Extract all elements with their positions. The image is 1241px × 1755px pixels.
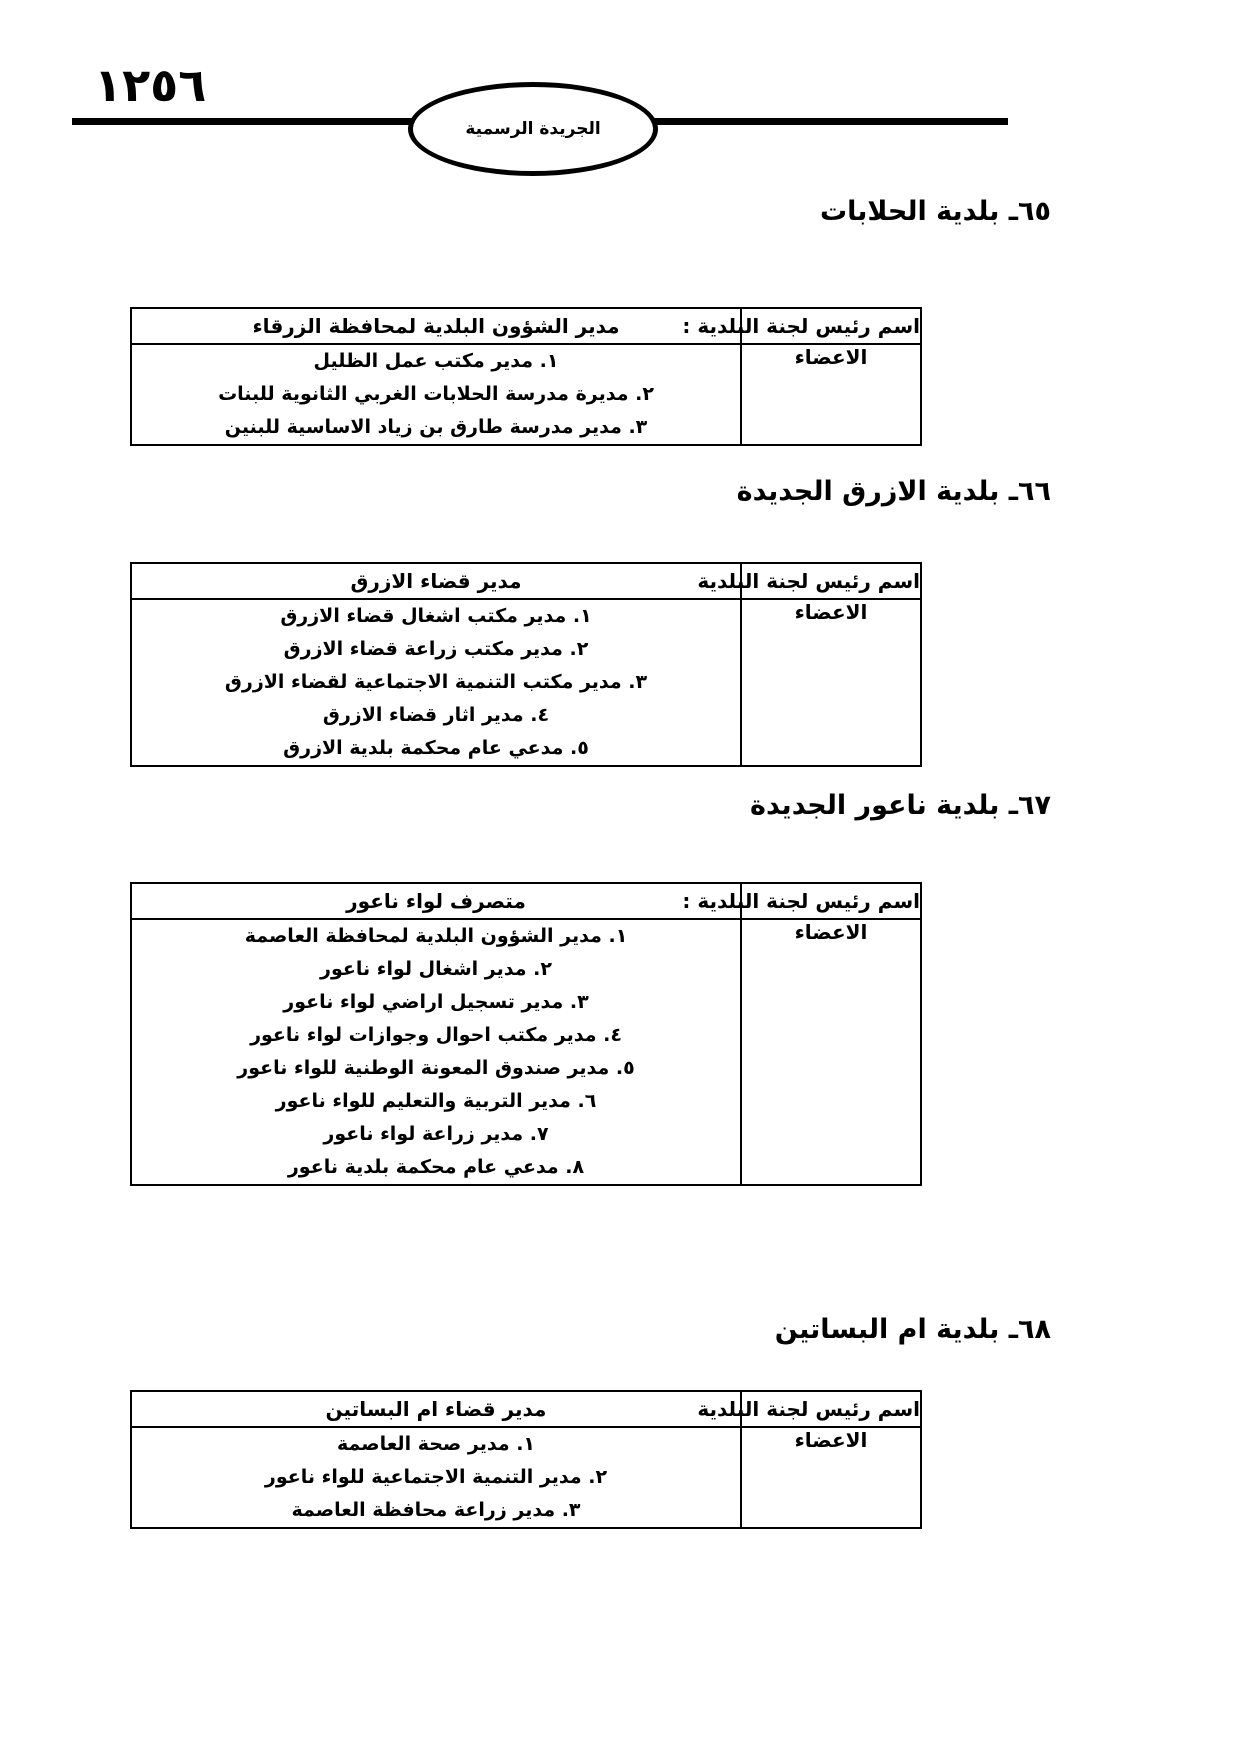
committee-table-68: اسم رئيس لجنة البلدية مدير قضاء ام البسا… <box>130 1390 922 1529</box>
table-body-row: الاعضاء ١. مدير الشؤون البلدية لمحافظة ا… <box>131 919 921 1185</box>
members-label-cell: الاعضاء <box>741 599 921 766</box>
members-list: ١. مدير صحة العاصمة ٢. مدير التنمية الاج… <box>131 1427 741 1528</box>
chairman-title-cell: متصرف لواء ناعور <box>131 883 741 919</box>
page-number: ١٢٥٦ <box>94 58 206 112</box>
section-heading-67: ٦٧ـ بلدية ناعور الجديدة <box>750 790 1051 821</box>
table-header-row: اسم رئيس لجنة البلدية مدير قضاء الازرق <box>131 563 921 599</box>
member-item: ٢. مدير اشغال لواء ناعور <box>132 953 740 986</box>
section-heading-68: ٦٨ـ بلدية ام البساتين <box>775 1314 1051 1345</box>
members-label-cell: الاعضاء <box>741 1427 921 1528</box>
table-header-row: اسم رئيس لجنة البلدية مدير قضاء ام البسا… <box>131 1391 921 1427</box>
table-body-row: الاعضاء ١. مدير صحة العاصمة ٢. مدير التن… <box>131 1427 921 1528</box>
member-item: ٢. مديرة مدرسة الحلابات الغربي الثانوية … <box>132 378 740 411</box>
member-item: ٣. مدير تسجيل اراضي لواء ناعور <box>132 986 740 1019</box>
member-item: ٣. مدير زراعة محافظة العاصمة <box>132 1494 740 1527</box>
members-list: ١. مدير مكتب اشغال قضاء الازرق ٢. مدير م… <box>131 599 741 766</box>
table-header-row: اسم رئيس لجنة البلدية : متصرف لواء ناعور <box>131 883 921 919</box>
member-item: ١. مدير مكتب اشغال قضاء الازرق <box>132 600 740 633</box>
member-item: ٣. مدير مكتب التنمية الاجتماعية لقضاء ال… <box>132 666 740 699</box>
chairman-label-cell: اسم رئيس لجنة البلدية <box>741 563 921 599</box>
table-body-row: الاعضاء ١. مدير مكتب عمل الظليل ٢. مديرة… <box>131 344 921 445</box>
member-item: ٧. مدير زراعة لواء ناعور <box>132 1118 740 1151</box>
chairman-label-cell: اسم رئيس لجنة البلدية <box>741 1391 921 1427</box>
gazette-page: ١٢٥٦ الجريدة الرسمية ٦٥ـ بلدية الحلابات … <box>0 0 1241 1755</box>
members-list: ١. مدير مكتب عمل الظليل ٢. مديرة مدرسة ا… <box>131 344 741 445</box>
gazette-title: الجريدة الرسمية <box>465 119 600 139</box>
table-header-row: اسم رئيس لجنة البلدية : مدير الشؤون البل… <box>131 308 921 344</box>
committee-table-67: اسم رئيس لجنة البلدية : متصرف لواء ناعور… <box>130 882 922 1186</box>
member-item: ٨. مدعي عام محكمة بلدية ناعور <box>132 1151 740 1184</box>
members-label-cell: الاعضاء <box>741 919 921 1185</box>
member-item: ٤. مدير مكتب احوال وجوازات لواء ناعور <box>132 1019 740 1052</box>
chairman-title-cell: مدير قضاء ام البساتين <box>131 1391 741 1427</box>
committee-table-65: اسم رئيس لجنة البلدية : مدير الشؤون البل… <box>130 307 922 446</box>
chairman-title-cell: مدير الشؤون البلدية لمحافظة الزرقاء <box>131 308 741 344</box>
member-item: ٥. مدير صندوق المعونة الوطنية للواء ناعو… <box>132 1052 740 1085</box>
members-list: ١. مدير الشؤون البلدية لمحافظة العاصمة ٢… <box>131 919 741 1185</box>
chairman-label-cell: اسم رئيس لجنة البلدية : <box>741 883 921 919</box>
member-item: ٦. مدير التربية والتعليم للواء ناعور <box>132 1085 740 1118</box>
member-item: ١. مدير الشؤون البلدية لمحافظة العاصمة <box>132 920 740 953</box>
member-item: ٢. مدير مكتب زراعة قضاء الازرق <box>132 633 740 666</box>
committee-table-66: اسم رئيس لجنة البلدية مدير قضاء الازرق ا… <box>130 562 922 767</box>
member-item: ٣. مدير مدرسة طارق بن زياد الاساسية للبن… <box>132 411 740 444</box>
gazette-badge: الجريدة الرسمية <box>408 82 658 176</box>
member-item: ١. مدير مكتب عمل الظليل <box>132 345 740 378</box>
member-item: ٤. مدير اثار قضاء الازرق <box>132 699 740 732</box>
member-item: ١. مدير صحة العاصمة <box>132 1428 740 1461</box>
member-item: ٢. مدير التنمية الاجتماعية للواء ناعور <box>132 1461 740 1494</box>
members-label-cell: الاعضاء <box>741 344 921 445</box>
section-heading-65: ٦٥ـ بلدية الحلابات <box>820 196 1051 227</box>
chairman-label-cell: اسم رئيس لجنة البلدية : <box>741 308 921 344</box>
member-item: ٥. مدعي عام محكمة بلدية الازرق <box>132 732 740 765</box>
section-heading-66: ٦٦ـ بلدية الازرق الجديدة <box>737 476 1051 507</box>
table-body-row: الاعضاء ١. مدير مكتب اشغال قضاء الازرق ٢… <box>131 599 921 766</box>
chairman-title-cell: مدير قضاء الازرق <box>131 563 741 599</box>
